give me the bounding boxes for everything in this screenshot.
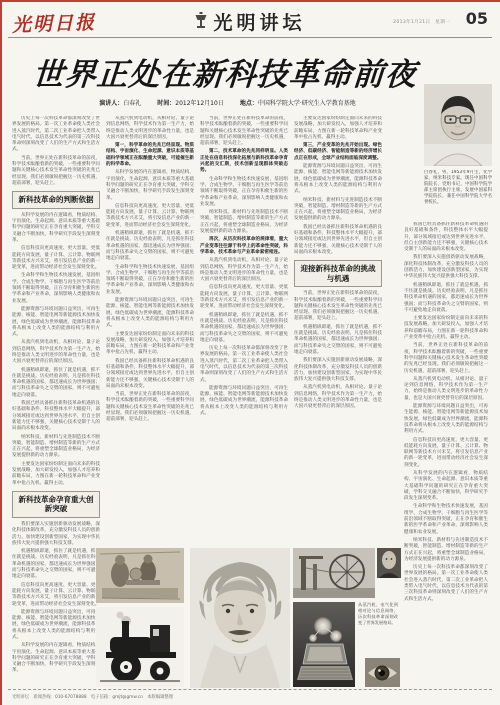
body-paragraph: 纳米科技、新材料与先进制造技术不断突破，智能制造、增材制造等新的生产方式正在兴起…	[12, 435, 100, 460]
speaker-bio-caption: 白春礼，男，1953年9月生，化学家、纳米科技专家。现任中国科学院院长、党组书记…	[424, 170, 492, 218]
body-paragraph: 从科学发展的内在逻辑看，物质结构、宇宙演化、生命起源、意识本质等重大基础科学问题…	[404, 471, 488, 502]
body-paragraph: 我国已经具备抓住新科技革命机遇的良好基础和条件，科技整体水平大幅提升，部分领域接…	[106, 359, 194, 390]
body-paragraph: 从蒸汽机到电动机，从相对论、量子论到信息网络，科学技术作为第一生产力，始终是推动…	[200, 258, 288, 283]
body-paragraph: 能源资源与环境问题日益突出，可再生能源、核能、智能电网等新能源技术加快发展，绿色…	[12, 307, 100, 338]
body-paragraph: 机遇稍纵即逝，抓住了就是机遇，抓不住就是挑战。历史经验表明，凡是抓住科技革命机遇…	[12, 368, 100, 399]
article-headline: 世界正处在新科技革命前夜	[24, 49, 425, 94]
body-paragraph: 历史上每一次科技革命都深刻改变了世界发展的格局。第一次工业革命使人类社会进入蒸汽…	[200, 346, 288, 384]
byline-time: 时间：2012年12月10日	[157, 98, 224, 107]
body-column-3: 当前，世界正处在新科技革命的前夜，科学技术酝酿着新的突破，一些重要科学问题和关键…	[200, 116, 288, 544]
spinning-machine-photo	[293, 548, 375, 598]
footer-text: 光明讲坛 新闻热线：010-67078888 电子信箱：gmjt@gmw.cn …	[12, 694, 482, 700]
body-paragraph: 我们要深入实施创新驱动发展战略，深化科技体制改革，充分激发科技人员的创新活力，加…	[12, 522, 100, 547]
time-label: 时间：	[157, 100, 175, 107]
page-edge-red-top	[0, 0, 500, 2]
body-paragraph: 能源资源与环境问题日益突出，可再生能源、核能、智能电网等新能源技术加快发展，绿色…	[12, 610, 100, 641]
body-paragraph: 信息科技向更高速度、更大容量、更低能耗方向发展，量子计算、云计算、物联网等新技术…	[200, 285, 288, 310]
body-paragraph: 能源资源与环境问题日益突出，可再生能源、核能、智能电网等新能源技术加快发展，绿色…	[404, 404, 488, 435]
section-heading: 新科技革命孕育重大创新突破	[12, 491, 100, 518]
speaker-name: 白春礼	[123, 100, 141, 107]
body-paragraph: 第二，技术革命的先兆同样明显。人类正处在信息科技深化拓展与新科技革命孕育兴起的交…	[200, 149, 288, 174]
body-paragraph: 从蒸汽机到电动机，从相对论、量子论到信息网络，科学技术作为第一生产力，始终是推动…	[106, 116, 194, 141]
body-paragraph: 主要发达国家纷纷制定面向未来的科技发展战略，加大研发投入，加强人才培养和前瞻布局…	[294, 116, 382, 141]
body-paragraph: 纳米科技、新材料与先进制造技术不断突破，智能制造、增材制造等新的生产方式正在兴起…	[294, 198, 382, 223]
body-paragraph: 主要发达国家纷纷制定面向未来的科技发展战略，加大研发投入，加强人才培养和前瞻布局…	[404, 316, 488, 341]
page-edge-red-left	[0, 0, 2, 705]
body-paragraph: 能源资源与环境问题日益突出，可再生能源、核能、智能电网等新能源技术加快发展，绿色…	[294, 164, 382, 195]
byline-speaker: 演讲人：白春礼	[99, 98, 141, 107]
body-paragraph: 我们要深入实施创新驱动发展战略，深化科技体制改革，充分激发科技人员的创新活力，加…	[404, 255, 488, 280]
speaker-label: 演讲人：	[99, 100, 123, 107]
body-paragraph: 机遇稍纵即逝，抓住了就是机遇，抓不住就是挑战。历史经验表明，凡是抓住科技革命机遇…	[106, 231, 194, 262]
body-paragraph: 纳米科技、新材料与先进制造技术不断突破，智能制造、增材制造等新的生产方式正在兴起…	[200, 210, 288, 235]
newspaper-masthead: 光明日报	[12, 8, 97, 38]
scientist-small-portrait-photo	[377, 548, 401, 578]
body-paragraph: 历史上每一次科技革命都深刻改变了世界发展的格局。第一次工业革命使人类社会进入蒸汽…	[404, 565, 488, 603]
body-column-5: 我国已经具备抓住新科技革命机遇的良好基础和条件，科技整体水平大幅提升，部分领域接…	[404, 222, 488, 686]
body-paragraph: 再次，从历次科技革命的规律看，重大产业变革往往源于科学上的革命性突破，科学革命、…	[200, 237, 288, 256]
body-paragraph: 主要发达国家纷纷制定面向未来的科技发展战略，加大研发投入，加强人才培养和前瞻布局…	[12, 462, 100, 487]
newspaper-page: { "masthead": { "paper_name": "光明日报", "s…	[0, 0, 500, 705]
body-paragraph: 当前，世界正处在新科技革命的前夜，科学技术酝酿着新的突破，一些重要科学问题和关键…	[200, 116, 288, 147]
steam-locomotive-photo	[96, 607, 184, 687]
body-paragraph: 生命科学和生物技术快速发展，基因组学、合成生物学、干细胞与再生医学等前沿领域不断…	[200, 177, 288, 208]
laptop-technology-photo	[293, 602, 355, 687]
einstein-portrait-photo	[190, 548, 290, 688]
body-paragraph: 纳米科技、新材料与先进制造技术不断突破，智能制造、增材制造等新的生产方式正在兴起…	[404, 538, 488, 563]
section-title: 光明讲坛	[194, 8, 305, 35]
body-paragraph: 信息科技向更高速度、更大容量、更低能耗方向发展，量子计算、云计算、物联网等新技术…	[106, 204, 194, 229]
body-column-4: 主要发达国家纷纷制定面向未来的科技发展战略，加大研发投入，加强人才培养和前瞻布局…	[294, 116, 382, 544]
body-paragraph: 能源资源与环境问题日益突出，可再生能源、核能、智能电网等新能源技术加快发展，绿色…	[200, 386, 288, 417]
body-paragraph: 当前，世界正处在新科技革命的前夜，科学技术酝酿着新的突破，一些重要科学问题和关键…	[12, 156, 100, 187]
place-label: 地点：	[240, 100, 258, 107]
workshop-engraving-photo	[96, 548, 184, 603]
header-rule	[8, 37, 492, 38]
body-paragraph: 从蒸汽机到电动机，从相对论、量子论到信息网络，科学技术作为第一生产力，始终是推动…	[404, 377, 488, 402]
speaker-portrait-photo	[424, 84, 492, 166]
body-paragraph: 主要发达国家纷纷制定面向未来的科技发展战略，加大研发投入，加强人才培养和前瞻布局…	[106, 332, 194, 357]
body-paragraph: 我国已经具备抓住新科技革命机遇的良好基础和条件，科技整体水平大幅提升，部分领域接…	[12, 401, 100, 432]
podium-icon	[194, 11, 207, 33]
body-paragraph: 能源资源与环境问题日益突出，可再生能源、核能、智能电网等新能源技术加快发展，绿色…	[106, 298, 194, 329]
body-paragraph: 从科学发展的内在逻辑看，物质结构、宇宙演化、生命起源、意识本质等重大基础科学问题…	[12, 643, 100, 674]
body-paragraph: 生命科学和生物技术快速发展，基因组学、合成生物学、干细胞与再生医学等前沿领域不断…	[12, 273, 100, 304]
body-paragraph: 从科学发展的内在逻辑看，物质结构、宇宙演化、生命起源、意识本质等重大基础科学问题…	[106, 170, 194, 201]
body-paragraph: 当前，世界正处在新科技革命的前夜，科学技术酝酿着新的突破，一些重要科学问题和关键…	[294, 291, 382, 322]
place-value: 中国科学院大学·研究生入学教育基地	[258, 100, 356, 107]
date-line: 2013年1月21日 星期一	[393, 19, 450, 25]
page-number: 05	[466, 9, 488, 28]
body-paragraph: 我国已经具备抓住新科技革命机遇的良好基础和条件，科技整体水平大幅提升，部分领域接…	[294, 225, 382, 256]
body-paragraph: 我国已经具备抓住新科技革命机遇的良好基础和条件，科技整体水平大幅提升，部分领域接…	[404, 222, 488, 253]
body-paragraph: 机遇稍纵即逝，抓住了就是机遇，抓不住就是挑战。历史经验表明，凡是抓住科技革命机遇…	[12, 549, 100, 580]
body-paragraph: 生命科学和生物技术快速发展，基因组学、合成生物学、干细胞与再生医学等前沿领域不断…	[106, 265, 194, 296]
body-paragraph: 从科学发展的内在逻辑看，物质结构、宇宙演化、生命起源、意识本质等重大基础科学问题…	[12, 213, 100, 244]
body-paragraph: 信息科技向更高速度、更大容量、更低能耗方向发展，量子计算、云计算、物联网等新技术…	[12, 246, 100, 271]
body-paragraph: 当前，世界正处在新科技革命的前夜，科学技术酝酿着新的突破，一些重要科学问题和关键…	[404, 343, 488, 374]
body-paragraph: 历史上每一次科技革命都深刻改变了世界发展的格局。第一次工业革命使人类社会进入蒸汽…	[12, 116, 100, 154]
section-heading: 迎接新科技革命的挑战与机遇	[294, 260, 382, 287]
montage-caption: 从蒸汽机、电气化到相对论与信息网络，历次科技革命深刻改变了世界发展格局。	[358, 602, 398, 664]
body-paragraph: 我们要深入实施创新驱动发展战略，深化科技体制改革，充分激发科技人员的创新活力，加…	[294, 358, 382, 383]
body-paragraph: 第一，科学革命的先兆已经显现。物质结构、宇宙演化、生命起源、意识本质等基础科学领…	[106, 143, 194, 168]
body-paragraph: 从蒸汽机到电动机，从相对论、量子论到信息网络，科学技术作为第一生产力，始终是推动…	[294, 385, 382, 410]
section-heading: 新科技革命的判断依据	[12, 191, 100, 209]
body-paragraph: 机遇稍纵即逝，抓住了就是机遇，抓不住就是挑战。历史经验表明，凡是抓住科技革命机遇…	[200, 313, 288, 344]
footer-rule	[8, 689, 492, 690]
body-paragraph: 第三，产业变革的先兆开始出现。绿色经济、低碳经济、智能制造等新的经济增长点正在形…	[294, 143, 382, 162]
body-paragraph: 信息科技向更高速度、更大容量、更低能耗方向发展，量子计算、云计算、物联网等新技术…	[404, 438, 488, 469]
body-column-1: 历史上每一次科技革命都深刻改变了世界发展的格局。第一次工业革命使人类社会进入蒸汽…	[12, 116, 100, 686]
body-paragraph: 机遇稍纵即逝，抓住了就是机遇，抓不住就是挑战。历史经验表明，凡是抓住科技革命机遇…	[294, 325, 382, 356]
body-column-2: 从蒸汽机到电动机，从相对论、量子论到信息网络，科学技术作为第一生产力，始终是推动…	[106, 116, 194, 544]
body-paragraph: 机遇稍纵即逝，抓住了就是机遇，抓不住就是挑战。历史经验表明，凡是抓住科技革命机遇…	[404, 283, 488, 314]
section-title-text: 光明讲坛	[213, 8, 305, 35]
byline-place: 地点：中国科学院大学·研究生入学教育基地	[240, 98, 356, 107]
byline: 演讲人：白春礼 时间：2012年12月10日 地点：中国科学院大学·研究生入学教…	[55, 98, 400, 107]
body-paragraph: 当前，世界正处在新科技革命的前夜，科学技术酝酿着新的突破，一些重要科学问题和关键…	[106, 392, 194, 423]
body-paragraph: 生命科学和生物技术快速发展，基因组学、合成生物学、干细胞与再生医学等前沿领域不断…	[404, 504, 488, 535]
body-paragraph: 从蒸汽机到电动机，从相对论、量子论到信息网络，科学技术作为第一生产力，始终是推动…	[12, 340, 100, 365]
time-value: 2012年12月10日	[175, 100, 224, 107]
body-paragraph: 信息科技向更高速度、更大容量、更低能耗方向发展，量子计算、云计算、物联网等新技术…	[12, 583, 100, 608]
